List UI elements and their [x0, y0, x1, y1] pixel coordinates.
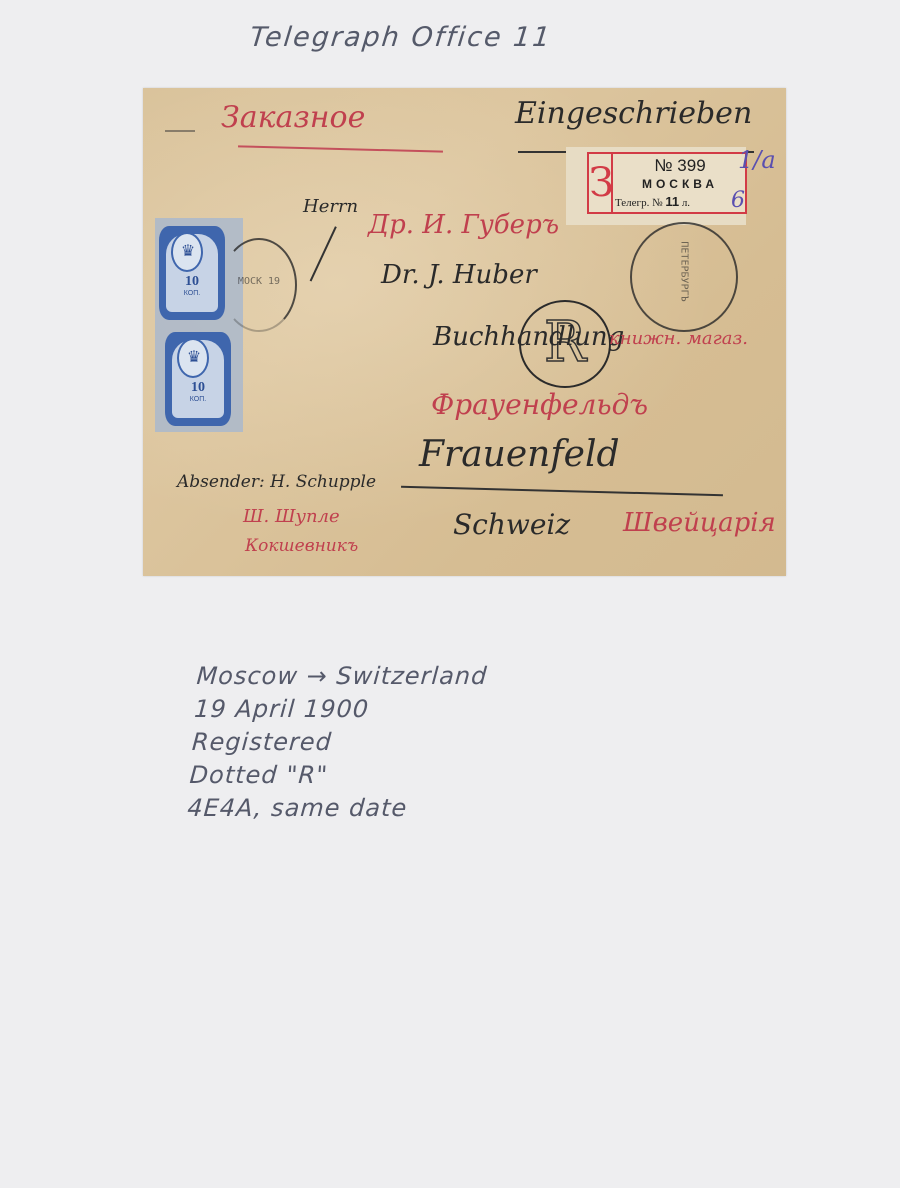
- office-prefix: Телегр. №: [615, 197, 663, 209]
- stamp-10-kop: ♛ 10 КОП.: [159, 226, 225, 320]
- city-ru: Фрауенфельдъ: [431, 388, 648, 421]
- note-dotted-r: Dotted "R": [189, 759, 482, 792]
- eagle-icon: ♛: [184, 348, 204, 366]
- addressee-herrn: Herrn: [303, 196, 358, 217]
- postmark-text: ПЕТЕРБУРГЪ: [679, 220, 690, 324]
- country-de: Schweiz: [453, 508, 570, 541]
- addressee-ru: Др. И. Губеръ: [368, 210, 559, 240]
- sender-ru-place: Кокшевникъ: [245, 536, 358, 556]
- note-route: Moscow → Switzerland: [195, 660, 488, 693]
- stamp-unit: КОП.: [159, 290, 225, 297]
- country-ru: Швейцарія: [623, 508, 776, 538]
- addressee-business-de: Buchhandlung: [433, 322, 624, 352]
- office-number: 11: [665, 194, 679, 209]
- page-title: Telegraph Office 11: [248, 22, 553, 53]
- note-reference: 4E4A, same date: [186, 792, 479, 825]
- addressee-de: Dr. J. Huber: [381, 260, 537, 290]
- postmark-transit: ПЕТЕРБУРГЪ: [630, 222, 738, 332]
- pencil-dash: [165, 130, 195, 132]
- registered-label-ru: Заказное: [221, 100, 365, 135]
- note-date: 19 April 1900: [193, 693, 486, 726]
- registration-number: № 399: [617, 156, 743, 176]
- sender-ru-name: Ш. Шупле: [243, 506, 340, 527]
- pencil-mark: 1/a: [738, 146, 776, 174]
- postal-cover: Заказное Eingeschrieben З № 399 МОСКВА Т…: [143, 88, 786, 576]
- office-suffix: л.: [682, 197, 690, 209]
- city-de: Frauenfeld: [419, 434, 620, 475]
- album-notes: Moscow → Switzerland 19 April 1900 Regis…: [186, 660, 488, 825]
- stamp-10-kop: ♛ 10 КОП.: [165, 332, 231, 426]
- registration-label: З № 399 МОСКВА Телегр. № 11 л.: [587, 152, 747, 214]
- stamp-value: 10: [165, 380, 231, 396]
- registered-label-de: Eingeschrieben: [515, 96, 752, 131]
- note-registered: Registered: [191, 726, 484, 759]
- sender-de: Absender: H. Schupple: [177, 472, 376, 492]
- addressee-business-ru: книжн. магаз.: [609, 328, 748, 349]
- stamp-value: 10: [159, 274, 225, 290]
- pencil-mark-2: 6: [731, 188, 745, 213]
- registration-city: МОСКВА: [617, 177, 743, 191]
- registration-letter: З: [589, 154, 613, 212]
- postmark-moscow: МОСК 19: [221, 238, 297, 332]
- registration-office: Телегр. № 11 л.: [615, 194, 745, 209]
- eagle-icon: ♛: [178, 242, 198, 260]
- postmark-text: МОСК 19: [223, 276, 295, 287]
- stamp-unit: КОП.: [165, 396, 231, 403]
